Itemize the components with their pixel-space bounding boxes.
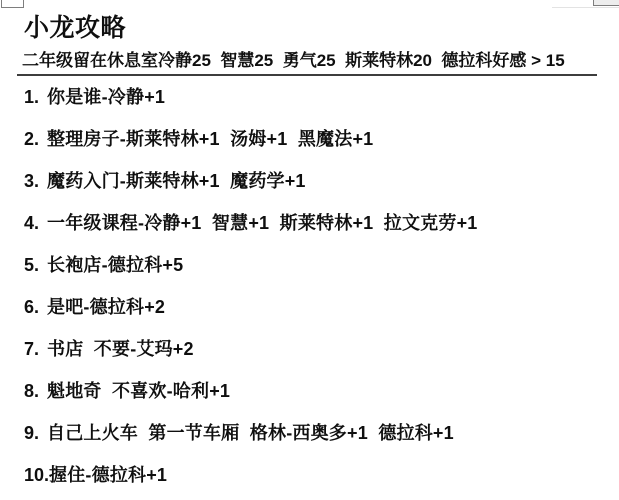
list-item-number: 5. bbox=[24, 255, 47, 275]
list-item-number: 3. bbox=[24, 171, 47, 191]
list-item-number: 6. bbox=[24, 297, 47, 317]
list-item-number: 7. bbox=[24, 339, 47, 359]
list-item: 7. 书店 不要-艾玛+2 bbox=[24, 339, 619, 359]
divider-line bbox=[17, 74, 597, 76]
list-item: 8. 魁地奇 不喜欢-哈利+1 bbox=[24, 381, 619, 401]
list-item-number: 2. bbox=[24, 129, 47, 149]
list-item: 6. 是吧-德拉科+2 bbox=[24, 297, 619, 317]
list-item-text: 一年级课程-冷静+1 智慧+1 斯莱特林+1 拉文克劳+1 bbox=[47, 213, 478, 233]
list-item-number: 8. bbox=[24, 381, 47, 401]
list-item: 9. 自己上火车 第一节车厢 格林-西奥多+1 德拉科+1 bbox=[24, 423, 619, 443]
prerequisite-line: 二年级留在休息室冷静25 智慧25 勇气25 斯莱特林20 德拉科好感 > 15 bbox=[22, 51, 619, 70]
document-page: 小龙攻略 二年级留在休息室冷静25 智慧25 勇气25 斯莱特林20 德拉科好感… bbox=[0, 0, 619, 500]
list-item: 4. 一年级课程-冷静+1 智慧+1 斯莱特林+1 拉文克劳+1 bbox=[24, 213, 619, 233]
list-item-number: 1. bbox=[24, 87, 47, 107]
list-item-number: 4. bbox=[24, 213, 47, 233]
list-item: 2. 整理房子-斯莱特林+1 汤姆+1 黑魔法+1 bbox=[24, 129, 619, 149]
page-title: 小龙攻略 bbox=[24, 14, 619, 42]
list-item-number: 10. bbox=[24, 465, 49, 485]
list-item-text: 书店 不要-艾玛+2 bbox=[47, 339, 194, 359]
guide-list: 1. 你是谁-冷静+1 2. 整理房子-斯莱特林+1 汤姆+1 黑魔法+1 3.… bbox=[24, 87, 619, 485]
list-item: 1. 你是谁-冷静+1 bbox=[24, 87, 619, 107]
cropped-corner-box-left bbox=[1, 0, 24, 8]
list-item-number: 9. bbox=[24, 423, 47, 443]
list-item: 10. 握住-德拉科+1 bbox=[24, 465, 619, 485]
list-item-text: 你是谁-冷静+1 bbox=[47, 87, 165, 107]
list-item-text: 整理房子-斯莱特林+1 汤姆+1 黑魔法+1 bbox=[47, 129, 373, 149]
list-item-text: 是吧-德拉科+2 bbox=[47, 297, 165, 317]
list-item: 3. 魔药入门-斯莱特林+1 魔药学+1 bbox=[24, 171, 619, 191]
list-item-text: 长袍店-德拉科+5 bbox=[47, 255, 183, 275]
list-item-text: 魁地奇 不喜欢-哈利+1 bbox=[47, 381, 230, 401]
list-item-text: 魔药入门-斯莱特林+1 魔药学+1 bbox=[47, 171, 306, 191]
list-item-text: 握住-德拉科+1 bbox=[49, 465, 167, 485]
list-item-text: 自己上火车 第一节车厢 格林-西奥多+1 德拉科+1 bbox=[47, 423, 454, 443]
list-item: 5. 长袍店-德拉科+5 bbox=[24, 255, 619, 275]
document-content: 小龙攻略 二年级留在休息室冷静25 智慧25 勇气25 斯莱特林20 德拉科好感… bbox=[24, 0, 619, 500]
